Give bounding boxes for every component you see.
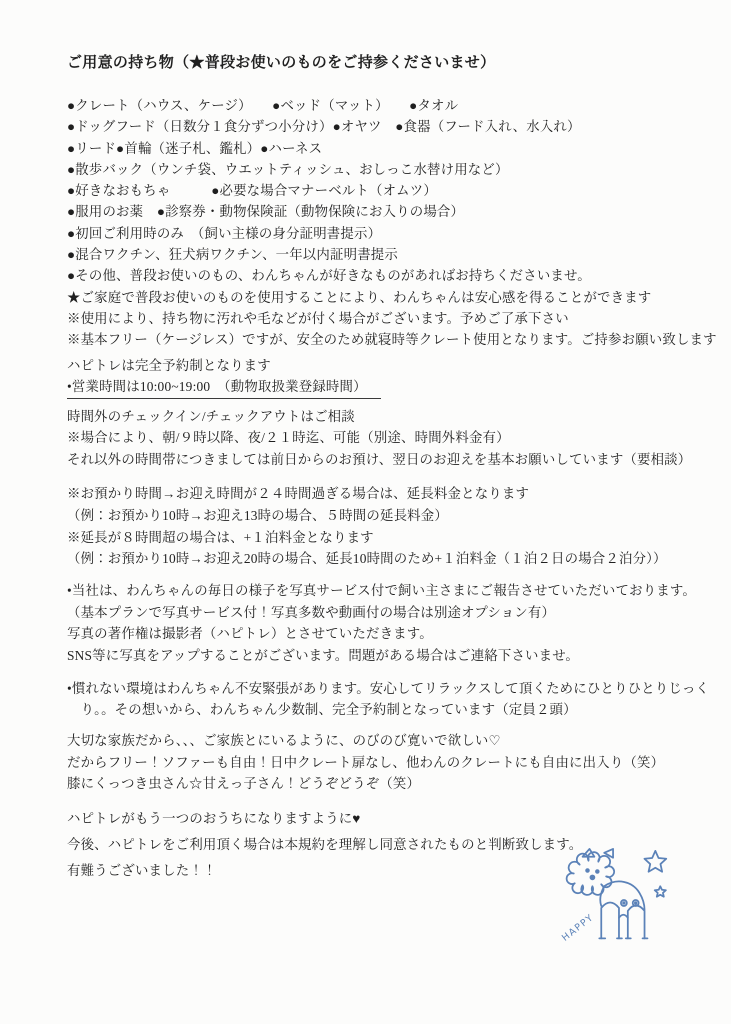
belongings-item: ●クレート（ハウス、ケージ） ●ベッド（マット） ●タオル xyxy=(67,95,723,116)
family-message-line: だからフリー！ソファーも自由！日中クレート扉なし、他わんのクレートにも自由に出入… xyxy=(67,752,723,774)
dog-belly xyxy=(619,915,628,918)
capacity-policy-section: •慣れない環境はわんちゃん不安緊張があります。安心してリラックスして頂くためにひ… xyxy=(67,678,723,720)
belongings-item: ●好きなおもちゃ ●必要な場合マナーベルト（オムツ） xyxy=(67,180,723,201)
photo-service-line: 写真の著作権は撮影者（ハピトレ）とさせていただきます。 xyxy=(67,623,723,645)
extension-fee-line: ※延長が８時間超の場合は、+１泊料金となります xyxy=(67,527,723,549)
belongings-item: ●その他、普段お使いのもの、わんちゃんが好きなものがあればお持ちくださいませ。 xyxy=(67,265,723,286)
dog-stamp-drawing: HAPPY xyxy=(558,846,676,958)
business-hours-underlined-text: •営業時間は10:00~19:00 （動物取扱業登録時間） xyxy=(67,376,381,399)
dog-hind-legs xyxy=(628,905,645,938)
extension-fee-section: ※お預かり時間→お迎え時間が２４時間過ぎる場合は、延長料金となります （例：お預… xyxy=(67,483,723,570)
belongings-item: ●服用のお薬 ●診察券・動物保険証（動物保険にお入りの場合） xyxy=(67,201,723,222)
dog-eye-right xyxy=(596,870,599,873)
dog-spot-dot xyxy=(623,902,625,904)
belongings-item: ●リード●首輪（迷子札、鑑札）●ハーネス xyxy=(67,138,723,159)
belongings-item: ●ドッグフード（日数分１食分ずつ小分け）●オヤツ ●食器（フード入れ、水入れ） xyxy=(67,116,723,137)
family-message-line: 膝にくっつき虫さん☆甘えっ子さん！どうぞどうぞ（笑） xyxy=(67,773,723,795)
dog-front-legs xyxy=(601,902,619,938)
photo-service-section: •当社は、わんちゃんの毎日の様子を写真サービス付で飼い主さまにご報告させていただ… xyxy=(67,580,723,666)
dog-spot-dot xyxy=(635,902,637,904)
family-message-line: 大切な家族だから、、、ご家族とにいるように、のびのび寛いで欲しい♡ xyxy=(67,730,723,752)
family-message-section: 大切な家族だから、、、ご家族とにいるように、のびのび寛いで欲しい♡ だからフリー… xyxy=(67,730,723,795)
after-hours-line: 時間外のチェックイン/チェックアウトはご相談 xyxy=(67,406,723,427)
extension-fee-line: （例：お預かり10時→お迎え20時の場合、延長10時間のため+１泊料金（１泊２日… xyxy=(67,548,723,570)
belongings-item: ●混合ワクチン、狂犬病ワクチン、一年以内証明書提示 xyxy=(67,244,723,265)
belongings-note: ※使用により、持ち物に汚れや毛などが付く場合がございます。予めご了承下さい xyxy=(67,308,723,329)
belongings-item: ●散歩バック（ウンチ袋、ウエットティッシュ、おしっこ水替け用など） xyxy=(67,159,723,180)
photo-service-line: （基本プランで写真サービス付！写真多数や動画付の場合は別途オプション有） xyxy=(67,602,723,624)
big-star-icon xyxy=(644,851,666,872)
dog-head-fluff xyxy=(567,852,615,895)
extension-fee-line: （例：お預かり10時→お迎え13時の場合、５時間の延長料金） xyxy=(67,505,723,527)
capacity-policy-line: り。。その想いから、わんちゃん少数制、完全予約制となっています（定員２頭） xyxy=(67,699,723,720)
capacity-policy-line: •慣れない環境はわんちゃん不安緊張があります。安心してリラックスして頂くためにひ… xyxy=(67,678,723,699)
document-content: ご用意の持ち物（★普段お使いのものをご持参くださいませ） ●クレート（ハウス、ケ… xyxy=(0,0,731,884)
after-hours-section: 時間外のチェックイン/チェックアウトはご相談 ※場合により、朝/９時以降、夜/２… xyxy=(67,406,723,470)
reservation-section: ハピトレは完全予約制となります •営業時間は10:00~19:00 （動物取扱業… xyxy=(67,355,723,400)
photo-service-line: •当社は、わんちゃんの毎日の様子を写真サービス付で飼い主さまにご報告させていただ… xyxy=(67,580,723,602)
happy-dog-illustration: HAPPY xyxy=(558,846,676,958)
extension-fee-line: ※お預かり時間→お迎え時間が２４時間過ぎる場合は、延長料金となります xyxy=(67,483,723,505)
document-title: ご用意の持ち物（★普段お使いのものをご持参くださいませ） xyxy=(67,52,723,74)
belongings-note-star: ★ご家庭で普段お使いのものを使用することにより、わんちゃんは安心感を得ることがで… xyxy=(67,287,723,308)
closing-line: ハピトレがもう一つのおうちになりますように♥ xyxy=(67,806,723,832)
after-hours-line: それ以外の時間帯につきましては前日からのお預け、翌日のお迎えを基本お願いしていま… xyxy=(67,449,723,470)
business-hours-line: •営業時間は10:00~19:00 （動物取扱業登録時間） xyxy=(67,376,723,399)
belongings-item: ●初回ご利用時のみ （飼い主様の身分証明書提示） xyxy=(67,223,723,244)
dog-nose xyxy=(590,875,594,879)
after-hours-line: ※場合により、朝/９時以降、夜/２１時迄、可能（別途、時間外料金有） xyxy=(67,427,723,448)
photo-service-line: SNS等に写真をアップすることがございます。問題がある場合はご連絡下さいませ。 xyxy=(67,645,723,667)
happy-word: HAPPY xyxy=(560,912,596,944)
reservation-statement: ハピトレは完全予約制となります xyxy=(67,355,723,376)
belongings-note: ※基本フリー（ケージレス）ですが、安全のため就寝時等クレート使用となります。ご持… xyxy=(67,329,723,350)
small-star-icon xyxy=(655,886,666,896)
belongings-list: ●クレート（ハウス、ケージ） ●ベッド（マット） ●タオル ●ドッグフード（日数… xyxy=(67,95,723,351)
dog-chest xyxy=(600,888,603,906)
scanned-document-page: ご用意の持ち物（★普段お使いのものをご持参くださいませ） ●クレート（ハウス、ケ… xyxy=(0,0,731,1024)
dog-eye-left xyxy=(586,869,589,872)
